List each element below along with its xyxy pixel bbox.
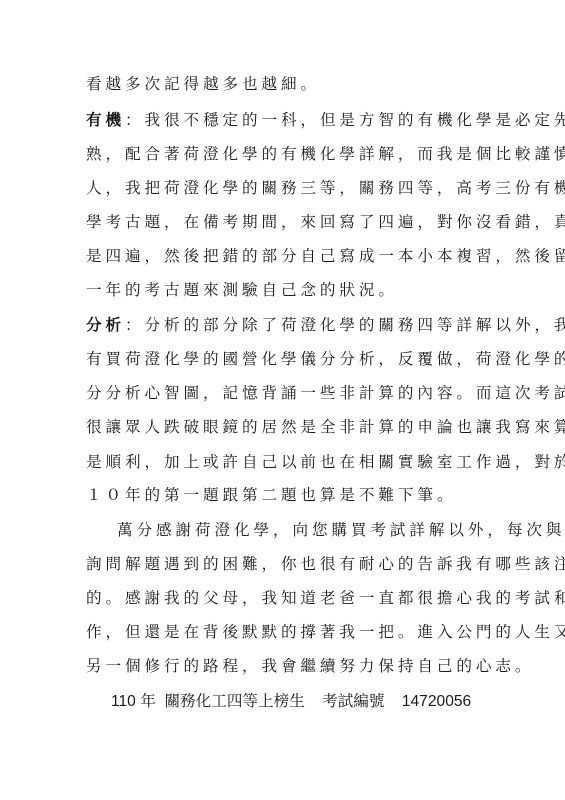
line-text: 詢問解題遇到的困難，你也很有耐心的告訴我有哪些該注意	[86, 555, 565, 573]
line-text: 萬分感謝荷澄化學，向您購買考試詳解以外，每次與您	[117, 521, 565, 539]
line-text: 學考古題，在備考期間，來回寫了四遍，對你沒看錯，真的	[86, 213, 565, 231]
line-text: 作，但還是在背後默默的撐著我一把。進入公門的人生又是	[86, 623, 565, 641]
signature-line: 110 年 關務化工四等上榜生 考試編號 14720056	[111, 690, 471, 714]
text-line: 分分析心智圖，記憶背誦一些非計算的內容。而這次考試也	[86, 381, 486, 405]
text-line: 是四遍，然後把錯的部分自己寫成一本小本複習，然後留下	[86, 244, 486, 268]
line-text: 一年的考古題來測驗自己念的狀況。	[86, 281, 398, 299]
line-text: ：我很不穩定的一科，但是方智的有機化學是必定先念	[125, 111, 565, 129]
text-line-section-organic: 有機：我很不穩定的一科，但是方智的有機化學是必定先念	[86, 108, 486, 132]
line-text: 另一個修行的路程，我會繼續努力保持自己的心志。	[86, 657, 534, 675]
line-text: １０年的第一題跟第二題也算是不難下筆。	[86, 486, 456, 504]
line-text: 是四遍，然後把錯的部分自己寫成一本小本複習，然後留下	[86, 247, 565, 265]
text-line: １０年的第一題跟第二題也算是不難下筆。	[86, 483, 486, 507]
text-line: 很讓眾人跌破眼鏡的居然是全非計算的申論也讓我寫來算	[86, 415, 486, 439]
line-text: 是順利，加上或許自己以前也在相關實驗室工作過，對於１	[86, 453, 565, 471]
section-label-analysis: 分析	[86, 316, 125, 334]
line-text: 很讓眾人跌破眼鏡的居然是全非計算的申論也讓我寫來算	[86, 418, 565, 436]
document-page: 看越多次記得越多也越細。 有機：我很不穩定的一科，但是方智的有機化學是必定先念 …	[0, 0, 565, 800]
line-text: 熟，配合著荷澄化學的有機化學詳解，而我是個比較謹慎的	[86, 145, 565, 163]
text-line: 詢問解題遇到的困難，你也很有耐心的告訴我有哪些該注意	[86, 552, 486, 576]
line-text: 有買荷澄化學的國營化學儀分分析，反覆做，荷澄化學的儀	[86, 350, 565, 368]
text-line: 作，但還是在背後默默的撐著我一把。進入公門的人生又是	[86, 620, 486, 644]
line-text: ：分析的部分除了荷澄化學的關務四等詳解以外，我還	[125, 316, 565, 334]
line-text: 的。感謝我的父母，我知道老爸一直都很擔心我的考試和工	[86, 589, 565, 607]
text-line: 有買荷澄化學的國營化學儀分分析，反覆做，荷澄化學的儀	[86, 347, 486, 371]
text-line-indented: 萬分感謝荷澄化學，向您購買考試詳解以外，每次與您	[117, 518, 517, 542]
text-line: 熟，配合著荷澄化學的有機化學詳解，而我是個比較謹慎的	[86, 142, 486, 166]
text-line: 另一個修行的路程，我會繼續努力保持自己的心志。	[86, 654, 486, 678]
section-label-organic: 有機	[86, 111, 125, 129]
line-text: 人，我把荷澄化學的關務三等，關務四等，高考三份有機化	[86, 179, 565, 197]
line-text: 分分析心智圖，記憶背誦一些非計算的內容。而這次考試也	[86, 384, 565, 402]
text-line: 看越多次記得越多也越細。	[86, 72, 486, 96]
text-line-section-analysis: 分析：分析的部分除了荷澄化學的關務四等詳解以外，我還	[86, 313, 486, 337]
text-line: 一年的考古題來測驗自己念的狀況。	[86, 278, 486, 302]
text-line: 學考古題，在備考期間，來回寫了四遍，對你沒看錯，真的	[86, 210, 486, 234]
text-line: 是順利，加上或許自己以前也在相關實驗室工作過，對於１	[86, 450, 486, 474]
text-line: 人，我把荷澄化學的關務三等，關務四等，高考三份有機化	[86, 176, 486, 200]
line-text: 看越多次記得越多也越細。	[86, 75, 320, 93]
text-line: 的。感謝我的父母，我知道老爸一直都很擔心我的考試和工	[86, 586, 486, 610]
